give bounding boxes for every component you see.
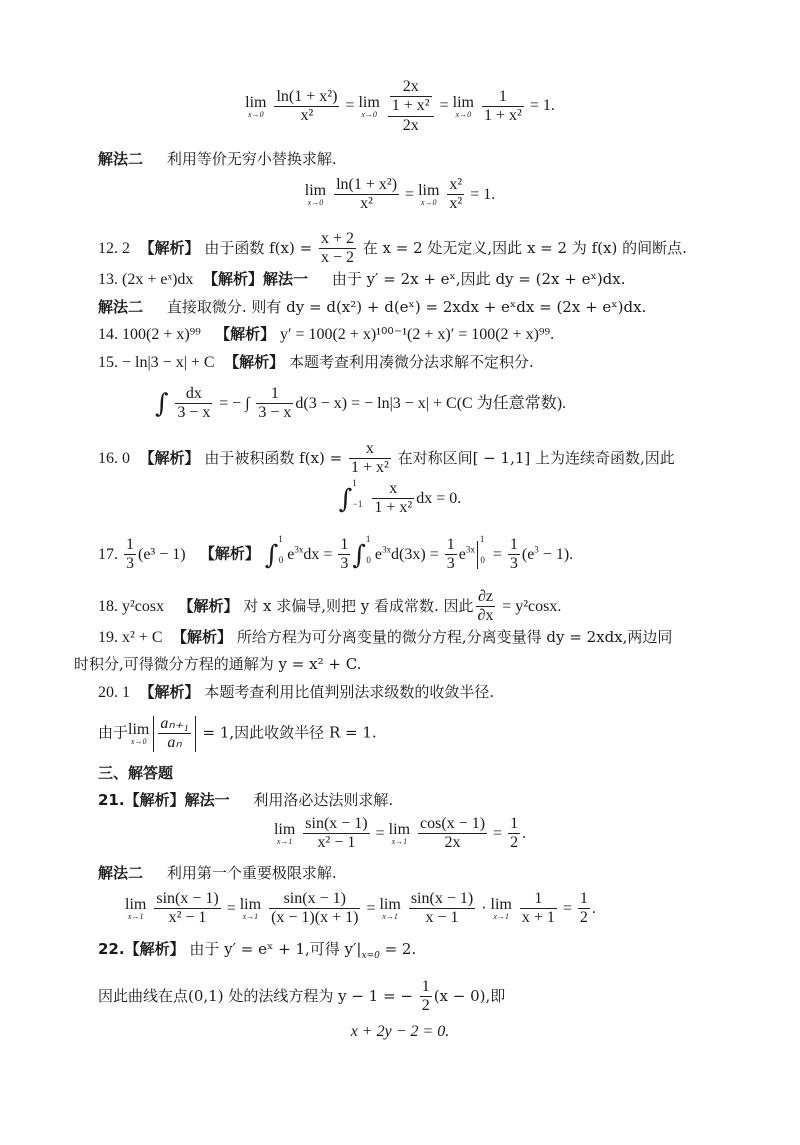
equation-11-method1: limx→0 ln(1 + x²)x² = limx→0 2x1 + x²2x … bbox=[0, 78, 800, 135]
q21-head: 21.【解析】解法一 利用洛必达法则求解. bbox=[98, 793, 393, 808]
item-19-line2: 时积分,可得微分方程的通解为 y = x² + C. bbox=[74, 657, 361, 672]
equation-11-method2: limx→0 ln(1 + x²)x² = limx→0 x²x² = 1. bbox=[0, 176, 800, 214]
q21-eq2: limx→1 sin(x − 1)x² − 1 = limx→1 sin(x −… bbox=[125, 890, 596, 928]
item-17: 17. 13(e³ − 1) 【解析】 ∫10e3xdx = 13∫10e3xd… bbox=[98, 536, 573, 574]
item-20: 20. 1 【解析】 本题考查利用比值判别法求级数的收敛半径. bbox=[98, 685, 494, 701]
q22-head: 22.【解析】 由于 y′ = eˣ + 1,可得 y′|x=0 = 2. bbox=[98, 942, 416, 961]
method2-line: 解法二 利用等价无穷小替换求解. bbox=[98, 152, 337, 167]
item-19: 19. x² + C 【解析】 所给方程为可分离变量的微分方程,分离变量得 dy… bbox=[98, 630, 672, 646]
item-16: 16. 0 【解析】 由于被积函数 f(x) = x1 + x² 在对称区间[ … bbox=[98, 440, 675, 478]
item-12: 12. 2 【解析】 由于函数 f(x) = x + 2x − 2 在 x = … bbox=[98, 230, 687, 268]
item-16-equation: ∫1−1 x1 + x²dx = 0. bbox=[0, 480, 800, 518]
q21-eq1: limx→1 sin(x − 1)x² − 1 = limx→1 cos(x −… bbox=[0, 815, 800, 853]
q22-line2: 因此曲线在点(0,1) 处的法线方程为 y − 1 = − 12(x − 0),… bbox=[98, 978, 505, 1016]
item-18: 18. y²cosx 【解析】 对 x 求偏导,则把 y 看成常数. 因此∂z∂… bbox=[98, 588, 561, 626]
item-13-method2: 解法二 直接取微分. 则有 dy = d(x²) + d(eˣ) = 2xdx … bbox=[98, 300, 646, 315]
q21-method2: 解法二 利用第一个重要极限求解. bbox=[98, 866, 337, 881]
q22-final: x + 2y − 2 = 0. bbox=[0, 1022, 800, 1041]
item-20-equation: 由于limx→0aₙ₊₁aₙ = 1,因此收敛半径 R = 1. bbox=[98, 715, 377, 753]
section-title: 三、解答题 bbox=[98, 766, 173, 781]
item-14: 14. 100(2 + x)⁹⁹ 【解析】 y′ = 100(2 + x)¹⁰⁰… bbox=[98, 327, 554, 343]
item-13: 13. (2x + eˣ)dx 【解析】解法一 由于 y′ = 2x + eˣ,… bbox=[98, 272, 626, 288]
item-15: 15. − ln|3 − x| + C 【解析】 本题考查利用凑微分法求解不定积… bbox=[98, 355, 534, 371]
item-15-equation: ∫ dx3 − x = − ∫ 13 − xd(3 − x) = − ln|3 … bbox=[155, 385, 566, 423]
